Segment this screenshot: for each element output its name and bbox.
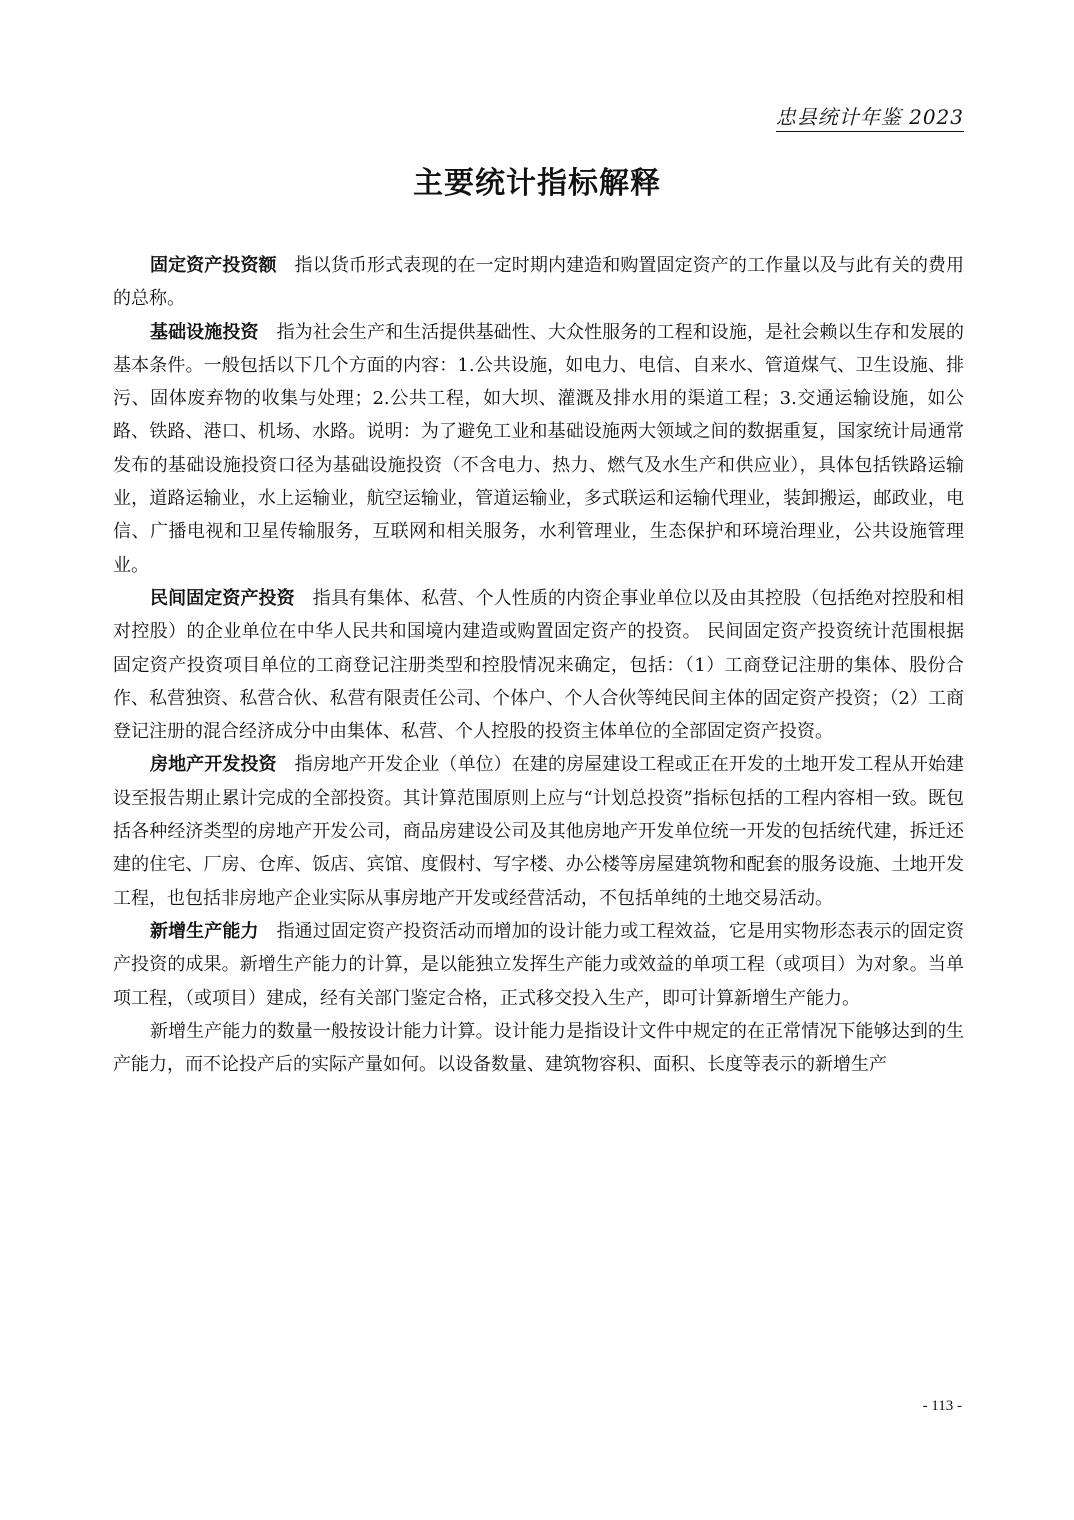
page-title: 主要统计指标解释 [0,162,1074,206]
paragraph-new-capacity: 新增生产能力指通过固定资产投资活动而增加的设计能力或工程效益，它是用实物形态表示… [113,915,964,1015]
running-header: 忠县统计年鉴 2023 [776,104,964,132]
paragraph-fixed-asset-investment: 固定资产投资额指以货币形式表现的在一定时期内建造和购置固定资产的工作量以及与此有… [113,249,964,316]
term-heading: 新增生产能力 [150,921,259,942]
term-heading: 基础设施投资 [150,322,259,343]
paragraph-private-investment: 民间固定资产投资指具有集体、私营、个人性质的内资企事业单位以及由其控股（包括绝对… [113,582,964,748]
term-heading: 房地产开发投资 [150,754,277,775]
paragraph-infrastructure-investment: 基础设施投资指为社会生产和生活提供基础性、大众性服务的工程和设施，是社会赖以生存… [113,316,964,582]
document-body: 固定资产投资额指以货币形式表现的在一定时期内建造和购置固定资产的工作量以及与此有… [113,249,964,1081]
term-heading: 民间固定资产投资 [150,588,295,609]
paragraph-real-estate-investment: 房地产开发投资指房地产开发企业（单位）在建的房屋建设工程或正在开发的土地开发工程… [113,748,964,914]
paragraph-text: 指为社会生产和生活提供基础性、大众性服务的工程和设施，是社会赖以生存和发展的基本… [113,322,964,576]
paragraph-new-capacity-continued: 新增生产能力的数量一般按设计能力计算。设计能力是指设计文件中规定的在正常情况下能… [113,1015,964,1082]
paragraph-text: 新增生产能力的数量一般按设计能力计算。设计能力是指设计文件中规定的在正常情况下能… [113,1021,964,1075]
page-number: - 113 - [923,1398,962,1415]
paragraph-text: 指房地产开发企业（单位）在建的房屋建设工程或正在开发的土地开发工程从开始建设至报… [113,754,964,908]
term-heading: 固定资产投资额 [150,255,277,276]
paragraph-text: 指具有集体、私营、个人性质的内资企事业单位以及由其控股（包括绝对控股和相对控股）… [113,588,964,742]
